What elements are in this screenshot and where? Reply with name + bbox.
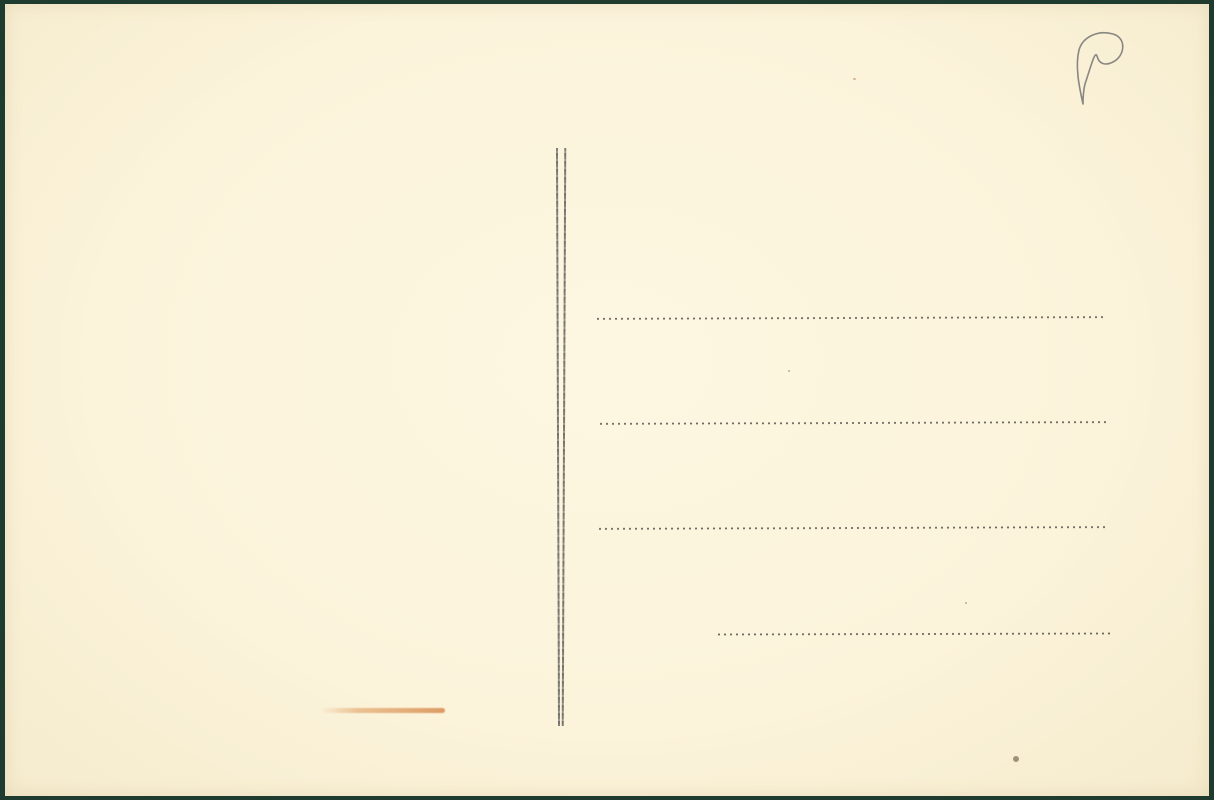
ink-speck — [965, 602, 967, 604]
ink-speck — [853, 78, 856, 80]
divider-rule-left — [556, 148, 560, 726]
pencil-p-mark-icon — [1073, 26, 1129, 108]
center-divider — [557, 148, 572, 726]
address-line-3 — [597, 526, 1108, 530]
postcard-back — [5, 4, 1209, 796]
address-line-4 — [716, 632, 1111, 635]
ink-speck — [1013, 756, 1019, 762]
address-line-1 — [595, 316, 1103, 320]
divider-rule-right — [562, 148, 567, 726]
orange-stain — [320, 708, 445, 713]
address-line-2 — [598, 421, 1106, 425]
ink-speck — [788, 370, 790, 372]
